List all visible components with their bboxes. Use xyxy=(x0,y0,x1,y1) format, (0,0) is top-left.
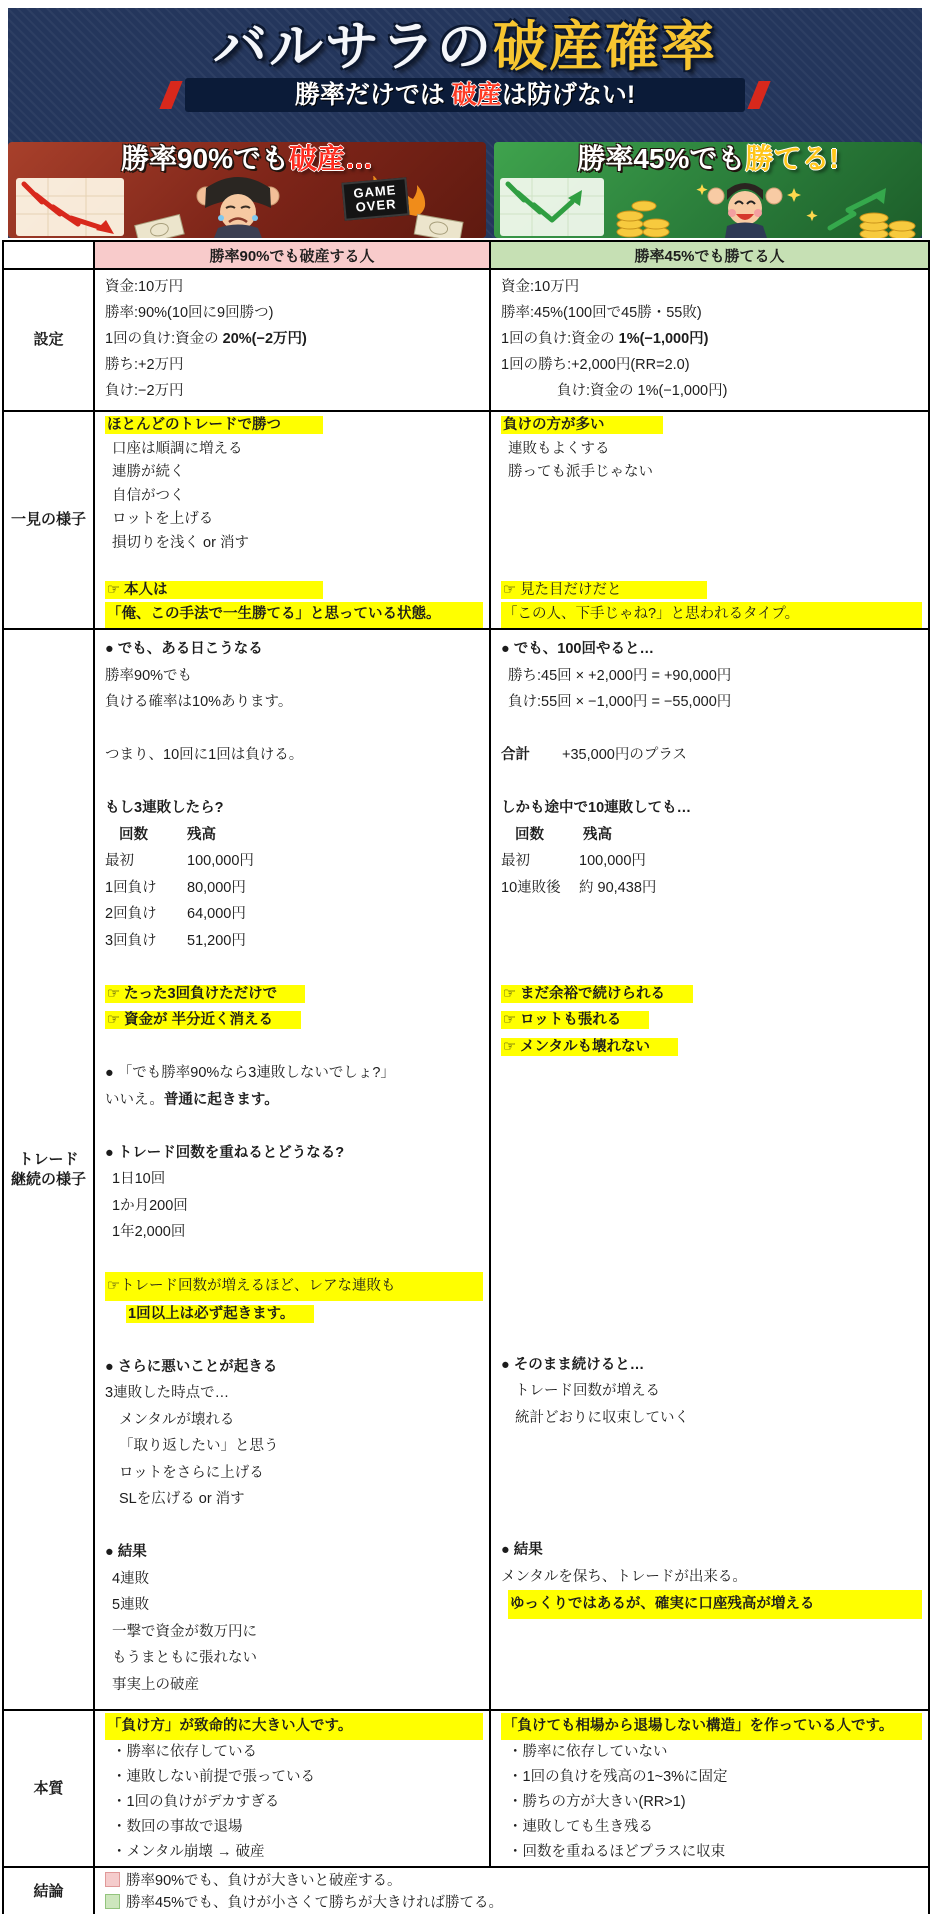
text-line: ロットをさらに上げる xyxy=(105,1460,483,1487)
row-label: 一見の様子 xyxy=(4,412,95,628)
text-line xyxy=(105,555,483,579)
text-line xyxy=(501,1484,922,1511)
panel-lose: 勝率90%でも破産… xyxy=(8,142,486,238)
happy-trader-icon xyxy=(708,183,782,238)
text-line: メンタルが壊れる xyxy=(105,1407,483,1434)
text-line: 統計どおりに収束していく xyxy=(501,1405,922,1432)
text-line: 1か月200回 xyxy=(105,1193,483,1220)
text-line: ● でも、ある日こうなる xyxy=(105,636,483,663)
crash-chart-icon xyxy=(16,178,124,236)
text-line xyxy=(501,954,922,981)
text-line: ● さらに悪いことが起きる xyxy=(105,1354,483,1381)
text-line xyxy=(501,1299,922,1326)
table-row-3: トレード 継続の様子● でも、ある日こうなる勝率90%でも負ける確率は10%あり… xyxy=(4,628,928,1709)
text-line xyxy=(501,532,922,556)
row-label: 設定 xyxy=(4,270,95,410)
text-line: 負ける確率は10%あります。 xyxy=(105,689,483,716)
text-line xyxy=(501,1619,922,1646)
lose-cell: 「負け方」が致命的に大きい人です。・勝率に依存している・連敗しない前提で張ってい… xyxy=(95,1711,491,1866)
text-line xyxy=(501,928,922,955)
text-line: 3回負け51,200円 xyxy=(105,928,483,955)
text-line: ・勝率に依存していない xyxy=(501,1740,922,1765)
win-caption-white: 勝率45%でも xyxy=(577,143,745,174)
text-line: いいえ。普通に起きます。 xyxy=(105,1087,483,1114)
win-cell: ● でも、100回やると…勝ち:45回 × +2,000円 = +90,000円… xyxy=(491,630,928,1709)
table-row-5: 結論勝率90%でも、負けが大きいと破産する。勝率45%でも、負けが小さくて勝ちが… xyxy=(4,1866,928,1914)
text-line: 合計+35,000円のプラス xyxy=(501,742,922,769)
legend-swatch-pink xyxy=(105,1872,120,1887)
text-line: ・1回の負けがデカすぎる xyxy=(105,1790,483,1815)
coin-stack-icon xyxy=(860,213,915,238)
text-line xyxy=(501,1166,922,1193)
text-line: ● トレード回数を重ねるとどうなる? xyxy=(105,1140,483,1167)
win-caption-accent: 勝てる! xyxy=(745,143,838,174)
win-caption: 勝率45%でも勝てる! xyxy=(494,142,922,176)
text-line xyxy=(105,1513,483,1540)
lose-caption: 勝率90%でも破産… xyxy=(8,142,486,176)
text-line: ・回数を重ねるほどプラスに収束 xyxy=(501,1840,922,1865)
win-cell: 負けの方が多い連敗もよくする勝っても派手じゃない ☞ 見た目だけだと「この人、下… xyxy=(491,412,928,628)
text-line xyxy=(501,1193,922,1220)
coin-stack-icon xyxy=(617,201,669,237)
table-row-2: 一見の様子ほとんどのトレードで勝つ口座は順調に増える連勝が続く自信がつくロットを… xyxy=(4,410,928,628)
comparison-table: 勝率90%でも破産する人勝率45%でも勝てる人設定資金:10万円勝率:90%(1… xyxy=(2,240,930,1914)
text-line xyxy=(501,1140,922,1167)
text-line xyxy=(501,1325,922,1352)
text-line: ● 結果 xyxy=(105,1539,483,1566)
text-line: 勝率90%でも、負けが大きいと破産する。 xyxy=(105,1870,922,1892)
text-line: 負け:55回 × −1,000円 = −55,000円 xyxy=(501,689,922,716)
text-line: 勝率45%でも、負けが小さくて勝ちが大きければ勝てる。 xyxy=(105,1892,922,1914)
banner-panels: 勝率90%でも破産… xyxy=(8,142,922,238)
sad-trader-illustration xyxy=(8,176,486,238)
text-line: ● でも、100回やると… xyxy=(501,636,922,663)
text-line: 1回の負け:資金の 1%(−1,000円) xyxy=(501,326,922,352)
text-line: ☞ 資金が 半分近く消える xyxy=(105,1007,483,1034)
header-empty-cell xyxy=(4,242,95,268)
text-line: ・メンタル崩壊 → 破産 xyxy=(105,1840,483,1865)
text-line xyxy=(105,1246,483,1273)
text-line xyxy=(105,954,483,981)
win-cell: 「負けても相場から退場しない構造」を作っている人です。・勝率に依存していない・1… xyxy=(491,1711,928,1866)
text-line: もし3連敗したら? xyxy=(105,795,483,822)
profit-chart-icon xyxy=(500,178,604,236)
text-line xyxy=(501,901,922,928)
table-row-1: 設定資金:10万円勝率:90%(10回に9回勝つ)1回の負け:資金の 20%(−… xyxy=(4,268,928,410)
text-line xyxy=(501,1060,922,1087)
text-line: 勝ち:45回 × +2,000円 = +90,000円 xyxy=(501,663,922,690)
text-line: 最初100,000円 xyxy=(105,848,483,875)
text-line: ☞ 本人は xyxy=(105,579,483,603)
sad-trader-icon xyxy=(197,177,279,238)
text-line: ・連敗しても生き残る xyxy=(501,1815,922,1840)
text-line: 損切りを浅く or 消す xyxy=(105,532,483,556)
text-line: ☞ 見た目だけだと xyxy=(501,579,922,603)
banner-subtitle: 勝率だけでは 破産は防げない! xyxy=(185,78,745,112)
text-line xyxy=(105,716,483,743)
lose-cell: 資金:10万円勝率:90%(10回に9回勝つ)1回の負け:資金の 20%(−2万… xyxy=(95,270,491,410)
text-line: ロットを上げる xyxy=(105,508,483,532)
text-line: つまり、10回に1回は負ける。 xyxy=(105,742,483,769)
table-header-row: 勝率90%でも破産する人勝率45%でも勝てる人 xyxy=(4,242,928,268)
text-line: 1年2,000回 xyxy=(105,1219,483,1246)
legend-swatch-green xyxy=(105,1894,120,1909)
text-line: 5連敗 xyxy=(105,1592,483,1619)
text-line: 3連敗した時点で… xyxy=(105,1380,483,1407)
subtitle-text-post: は防げない! xyxy=(502,81,635,109)
text-line: 一撃で資金が数万円に xyxy=(105,1619,483,1646)
text-line: ● そのまま続けると… xyxy=(501,1352,922,1379)
text-line: ゆっくりではあるが、確実に口座残高が増える xyxy=(501,1590,922,1619)
game-over-sign: GAMEOVER xyxy=(341,177,409,221)
page-title: バルサラの破産確率 xyxy=(8,8,922,76)
text-line: もうまともに張れない xyxy=(105,1645,483,1672)
text-line: 口座は順調に増える xyxy=(105,438,483,462)
text-line: 1回の勝ち:+2,000円(RR=2.0) xyxy=(501,352,922,378)
text-line: SLを広げる or 消す xyxy=(105,1486,483,1513)
text-line: ● 「でも勝率90%なら3連敗しないでしょ?」 xyxy=(105,1060,483,1087)
text-line xyxy=(501,508,922,532)
header-win-column: 勝率45%でも勝てる人 xyxy=(491,242,928,268)
text-line xyxy=(501,1511,922,1538)
table-row-4: 本質「負け方」が致命的に大きい人です。・勝率に依存している・連敗しない前提で張っ… xyxy=(4,1709,928,1866)
row-label: トレード 継続の様子 xyxy=(4,630,95,1709)
text-line xyxy=(501,485,922,509)
infographic-page: バルサラの破産確率 勝率だけでは 破産は防げない! 勝率90%でも破産… xyxy=(0,0,930,1914)
text-line: 4連敗 xyxy=(105,1566,483,1593)
text-line: 1回以上は必ず起きます。 xyxy=(105,1301,483,1328)
text-line xyxy=(105,769,483,796)
text-line: 資金:10万円 xyxy=(105,274,483,300)
text-line xyxy=(105,1327,483,1354)
text-line: 「俺、この手法で一生勝てる」と思っている状態。 xyxy=(105,602,483,628)
hero-banner: バルサラの破産確率 勝率だけでは 破産は防げない! 勝率90%でも破産… xyxy=(8,8,922,238)
text-line: 勝っても派手じゃない xyxy=(501,461,922,485)
text-line: 1回負け80,000円 xyxy=(105,875,483,902)
row-label: 本質 xyxy=(4,1711,95,1866)
text-line: ● 結果 xyxy=(501,1537,922,1564)
banknote-icon xyxy=(135,214,184,238)
text-line: 勝率:90%(10回に9回勝つ) xyxy=(105,300,483,326)
lose-cell: ほとんどのトレードで勝つ口座は順調に増える連勝が続く自信がつくロットを上げる損切… xyxy=(95,412,491,628)
text-line: 10連敗後約 90,438円 xyxy=(501,875,922,902)
text-line: 負け:資金の 1%(−1,000円) xyxy=(501,378,922,404)
text-line: 1日10回 xyxy=(105,1166,483,1193)
row-label: 結論 xyxy=(4,1868,95,1914)
lose-caption-white: 勝率90%でも xyxy=(121,143,289,174)
lose-cell: ● でも、ある日こうなる勝率90%でも負ける確率は10%あります。 つまり、10… xyxy=(95,630,491,1709)
text-line xyxy=(501,1431,922,1458)
text-line: 勝率90%でも xyxy=(105,663,483,690)
lose-caption-accent: 破産… xyxy=(289,143,373,174)
text-line: ☞ まだ余裕で続けられる xyxy=(501,981,922,1008)
text-line xyxy=(501,769,922,796)
text-line: 負けの方が多い xyxy=(501,414,922,438)
panel-win: 勝率45%でも勝てる! xyxy=(494,142,922,238)
text-line: ・連敗しない前提で張っている xyxy=(105,1765,483,1790)
text-line: しかも途中で10連敗しても… xyxy=(501,795,922,822)
text-line: ・勝ちの方が大きい(RR>1) xyxy=(501,1790,922,1815)
text-line: ・数回の事故で退場 xyxy=(105,1815,483,1840)
text-line xyxy=(501,1272,922,1299)
text-line: 「この人、下手じゃね?」と思われるタイプ。 xyxy=(501,602,922,628)
text-line: 「負け方」が致命的に大きい人です。 xyxy=(105,1713,483,1740)
text-line: ☞トレード回数が増えるほど、レアな連敗も xyxy=(105,1272,483,1301)
text-line xyxy=(501,1113,922,1140)
page-title-white: バルサラの xyxy=(213,17,493,77)
text-line: ☞ メンタルも壊れない xyxy=(501,1034,922,1061)
text-line: 勝率:45%(100回で45勝・55敗) xyxy=(501,300,922,326)
banknote-icon xyxy=(414,214,463,238)
text-line xyxy=(501,1645,922,1672)
text-line: 回数残高 xyxy=(105,822,483,849)
text-line xyxy=(501,716,922,743)
text-line xyxy=(501,1672,922,1699)
text-line: トレード回数が増える xyxy=(501,1378,922,1405)
text-line: ・1回の負けを残高の1~3%に固定 xyxy=(501,1765,922,1790)
subtitle-accent-word: 破産 xyxy=(452,81,502,109)
text-line: ほとんどのトレードで勝つ xyxy=(105,414,483,438)
text-line: ☞ たった3回負けただけで xyxy=(105,981,483,1008)
text-line: 勝ち:+2万円 xyxy=(105,352,483,378)
conclusion-cell: 勝率90%でも、負けが大きいと破産する。勝率45%でも、負けが小さくて勝ちが大き… xyxy=(95,1868,928,1914)
text-line: 資金:10万円 xyxy=(501,274,922,300)
text-line: 「負けても相場から退場しない構造」を作っている人です。 xyxy=(501,1713,922,1740)
win-cell: 資金:10万円勝率:45%(100回で45勝・55敗)1回の負け:資金の 1%(… xyxy=(491,270,928,410)
text-line xyxy=(501,1458,922,1485)
page-title-gold: 破産確率 xyxy=(493,17,717,77)
happy-trader-illustration xyxy=(494,176,922,238)
text-line: 1回の負け:資金の 20%(−2万円) xyxy=(105,326,483,352)
header-lose-column: 勝率90%でも破産する人 xyxy=(95,242,491,268)
text-line: 連勝が続く xyxy=(105,461,483,485)
text-line: 負け:−2万円 xyxy=(105,378,483,404)
text-line: 回数残高 xyxy=(501,822,922,849)
text-line: メンタルを保ち、トレードが出来る。 xyxy=(501,1564,922,1591)
text-line xyxy=(501,555,922,579)
text-line xyxy=(501,1246,922,1273)
text-line: ・勝率に依存している xyxy=(105,1740,483,1765)
text-line: 2回負け64,000円 xyxy=(105,901,483,928)
text-line xyxy=(105,1034,483,1061)
text-line: 事実上の破産 xyxy=(105,1672,483,1699)
text-line xyxy=(501,1087,922,1114)
subtitle-text-pre: 勝率だけでは xyxy=(295,81,452,109)
text-line xyxy=(105,1113,483,1140)
text-line: 「取り返したい」と思う xyxy=(105,1433,483,1460)
text-line: 自信がつく xyxy=(105,485,483,509)
text-line: 連敗もよくする xyxy=(501,438,922,462)
text-line: ☞ ロットも張れる xyxy=(501,1007,922,1034)
text-line xyxy=(501,1219,922,1246)
text-line: 最初100,000円 xyxy=(501,848,922,875)
